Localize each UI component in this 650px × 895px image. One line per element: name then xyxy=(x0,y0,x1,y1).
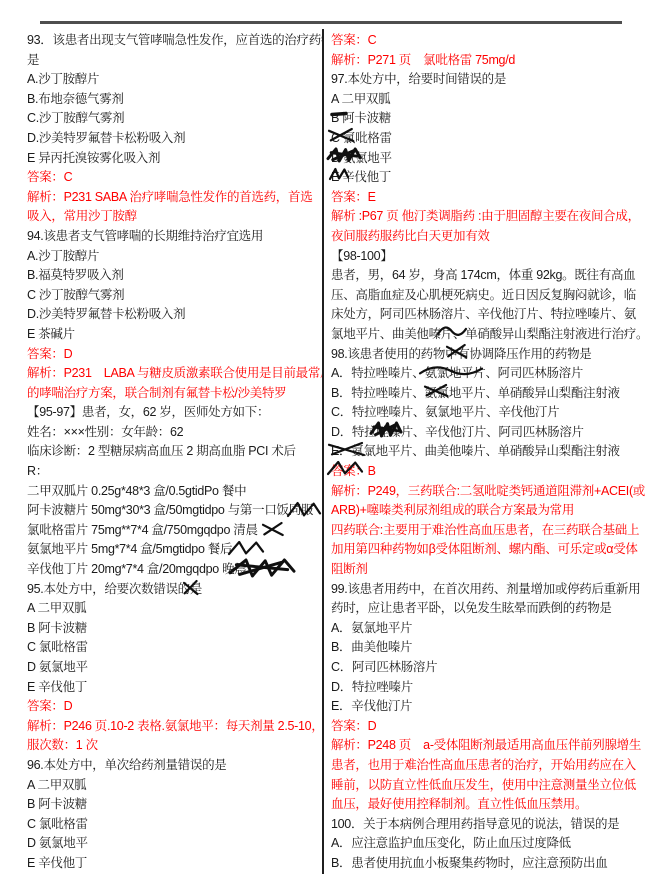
q93-option-a: A.沙丁胺醇片 xyxy=(27,70,322,90)
q98-answer: 答案：B xyxy=(331,462,648,482)
q94-analysis-line-1: 解析：P231 LABA 与糖皮质激素联合使用是目前最常用 xyxy=(27,364,322,384)
rx-patient-name: 姓名：×××性别：女年龄：62 xyxy=(27,423,322,443)
q93-option-e: E 异丙托溴铵雾化吸入剂 xyxy=(27,149,322,169)
rx-clopidogrel: 氯吡格雷片 75mg**7*4 盒/750mgqdpo 清晨 xyxy=(27,521,322,541)
q99-option-c: C．阿司匹林肠溶片 xyxy=(331,658,648,678)
q98-option-d: D．特拉唑嗪片、辛伐他汀片、阿司匹林肠溶片 xyxy=(331,423,648,443)
q99-analysis-line-4: 血压，最好使用控释制剂。直立性低血压禁用。 xyxy=(331,795,648,815)
q100-option-b: B．患者使用抗血小板聚集药物时，应注意预防出血 xyxy=(331,854,648,874)
rx-metformin: 二甲双胍片 0.25g*48*3 盒/0.5gtidPo 餐中 xyxy=(27,482,322,502)
case-98-100-line-2: 压、高脂血症及心肌梗死病史。近日因反复胸闷就诊，临 xyxy=(331,286,648,306)
q98-analysis-line-2: ARB)+噻嗪类利尿剂组成的联合方案最为常用 xyxy=(331,501,648,521)
q95-option-b: B 阿卡波糖 xyxy=(27,619,322,639)
q97-answer: 答案：E xyxy=(331,188,648,208)
question-93-line-2: 是 xyxy=(27,51,322,71)
case-98-100-line-1: 患者，男，64 岁，身高 174cm，体重 92kg。既往有高血 xyxy=(331,266,648,286)
q93-option-d: D.沙美特罗氟替卡松粉吸入剂 xyxy=(27,129,322,149)
q95-answer: 答案：D xyxy=(27,697,322,717)
q97-option-e: E 辛伐他丁 xyxy=(331,168,648,188)
q98-analysis-line-3: 四药联合:主要用于难治性高血压患者，在三药联合基础上 xyxy=(331,521,648,541)
q96-analysis: 解析：P271 页 氯吡格雷 75mg/d xyxy=(331,51,648,71)
question-93-line-1: 93．该患者出现支气管哮喘急性发作，应首选的治疗药物 xyxy=(27,31,322,51)
rx-simvastatin: 辛伐他丁片 20mg*7*4 盒/20mgqdpo 晚晨 xyxy=(27,560,322,580)
case-98-100-header: 【98-100】 xyxy=(331,247,648,267)
q99-option-a: A．氨氯地平片 xyxy=(331,619,648,639)
q94-option-c: C 沙丁胺醇气雾剂 xyxy=(27,286,322,306)
q94-answer: 答案：D xyxy=(27,345,322,365)
q99-answer: 答案：D xyxy=(331,717,648,737)
q96-option-b: B 阿卡波糖 xyxy=(27,795,322,815)
q99-analysis-line-1: 解析：P248 页 a-受体阻断剂最适用高血压伴前列腺增生 xyxy=(331,736,648,756)
q97-option-d: D 氨氯地平 xyxy=(331,149,648,169)
q96-option-d: D 氨氯地平 xyxy=(27,834,322,854)
question-96-line: 96.本处方中，单次给药剂量错误的是 xyxy=(27,756,322,776)
question-94-line: 94.该患者支气管哮喘的长期维持治疗宜选用 xyxy=(27,227,322,247)
q93-analysis-line-1: 解析：P231 SABA 治疗哮喘急性发作的首选药，首选 xyxy=(27,188,322,208)
q93-option-b: B.布地奈德气雾剂 xyxy=(27,90,322,110)
case-95-97-header: 【95-97】患者，女，62 岁，医师处方如下： xyxy=(27,403,322,423)
q98-analysis-line-1: 解析：P249，三药联合:二氢吡啶类钙通道阻滞剂+ACEI(或 xyxy=(331,482,648,502)
q98-option-a: A．特拉唑嗪片、氨氯地平片、阿司匹林肠溶片 xyxy=(331,364,648,384)
rx-acarbose: 阿卡波糖片 50mg*30*3 盒/50mgtidpo 与第一口饭同服 xyxy=(27,501,322,521)
question-98-line: 98.该患者使用的药物中有协调降压作用的药物是 xyxy=(331,345,648,365)
left-column: 93．该患者出现支气管哮喘急性发作，应首选的治疗药物是A.沙丁胺醇片B.布地奈德… xyxy=(27,31,322,874)
q95-option-c: C 氯吡格雷 xyxy=(27,638,322,658)
q98-analysis-line-5: 阻断剂 xyxy=(331,560,648,580)
question-99-line-1: 99.该患者用药中，在首次用药、剂量增加或停药后重新用 xyxy=(331,580,648,600)
q99-analysis-line-2: 患者，也用于难治性高血压患者的治疗，开始用药应在入 xyxy=(331,756,648,776)
rx-amlodipine: 氨氯地平片 5mg*7*4 盒/5mgtidpo 餐后 xyxy=(27,540,322,560)
q94-analysis-line-2: 的哮喘治疗方案，联合制剂有氟替卡松/沙美特罗 xyxy=(27,384,322,404)
question-97-line: 97.本处方中，给要时间错误的是 xyxy=(331,70,648,90)
q97-option-b: B 阿卡波糖 xyxy=(331,109,648,129)
right-column: 答案：C解析：P271 页 氯吡格雷 75mg/d97.本处方中，给要时间错误的… xyxy=(331,31,648,874)
q93-analysis-line-2: 吸入，常用沙丁胺醇 xyxy=(27,207,322,227)
q97-analysis-line-2: 夜间服药服药比白天更加有效 xyxy=(331,227,648,247)
case-98-100-line-4: 氯地平片、曲美他嗪片、单硝酸异山梨酯注射液进行治疗。 xyxy=(331,325,648,345)
q99-option-b: B．曲美他嗪片 xyxy=(331,638,648,658)
q95-option-a: A 二甲双胍 xyxy=(27,599,322,619)
q99-analysis-line-3: 睡前，以防直立性低血压发生，使用中注意测量坐立位低 xyxy=(331,776,648,796)
case-98-100-line-3: 床处方，阿司匹林肠溶片、辛伐他汀片、特拉唑嗪片、氨 xyxy=(331,305,648,325)
q94-option-d: D.沙美特罗氟替卡松粉吸入剂 xyxy=(27,305,322,325)
q94-option-b: B.福莫特罗吸入剂 xyxy=(27,266,322,286)
q95-option-e: E 辛伐他丁 xyxy=(27,678,322,698)
q97-option-c: C 氯吡格雷 xyxy=(331,129,648,149)
rx-diagnosis: 临床诊断：2 型糖尿病高血压 2 期高血脂 PCI 术后 xyxy=(27,442,322,462)
q99-option-e: E．辛伐他汀片 xyxy=(331,697,648,717)
q96-option-a: A 二甲双胍 xyxy=(27,776,322,796)
q94-option-e: E 茶碱片 xyxy=(27,325,322,345)
q97-analysis-line-1: 解析 :P67 页 他汀类调脂药 :由于胆固醇主要在夜间合成， xyxy=(331,207,648,227)
question-99-line-2: 药时，应让患者平卧，以免发生眩晕而跌倒的药物是 xyxy=(331,599,648,619)
q93-answer: 答案：C xyxy=(27,168,322,188)
q98-option-b: B．特拉唑嗪片、氨氯地平片、单硝酸异山梨酯注射液 xyxy=(331,384,648,404)
q95-analysis-line-2: 服次数：1 次 xyxy=(27,736,322,756)
q98-analysis-line-4: 加用第四种药物如β受体阻断剂、螺内酯、可乐定或α受体 xyxy=(331,540,648,560)
q100-option-a: A．应注意监护血压变化，防止血压过度降低 xyxy=(331,834,648,854)
question-100-line: 100．关于本病例合理用药指导意见的说法，错误的是 xyxy=(331,815,648,835)
q96-answer: 答案：C xyxy=(331,31,648,51)
rx-r-label: R： xyxy=(27,462,322,482)
q93-option-c: C.沙丁胺醇气雾剂 xyxy=(27,109,322,129)
q99-option-d: D．特拉唑嗪片 xyxy=(331,678,648,698)
column-divider xyxy=(322,29,324,874)
q98-option-e: E．氨氯地平片、曲美他嗪片、单硝酸异山梨酯注射液 xyxy=(331,442,648,462)
q96-option-c: C 氯吡格雷 xyxy=(27,815,322,835)
q94-option-a: A.沙丁胺醇片 xyxy=(27,247,322,267)
q98-option-c: C．特拉唑嗪片、氨氯地平片、辛伐他汀片 xyxy=(331,403,648,423)
q95-analysis-line-1: 解析：P246 页.10-2 表格.氨氯地平：每天剂量 2.5-10，分 xyxy=(27,717,322,737)
top-rule xyxy=(40,21,622,24)
q96-option-e: E 辛伐他丁 xyxy=(27,854,322,874)
q97-option-a: A 二甲双胍 xyxy=(331,90,648,110)
q95-option-d: D 氨氯地平 xyxy=(27,658,322,678)
question-95-line: 95.本处方中，给要次数错误的是 xyxy=(27,580,322,600)
